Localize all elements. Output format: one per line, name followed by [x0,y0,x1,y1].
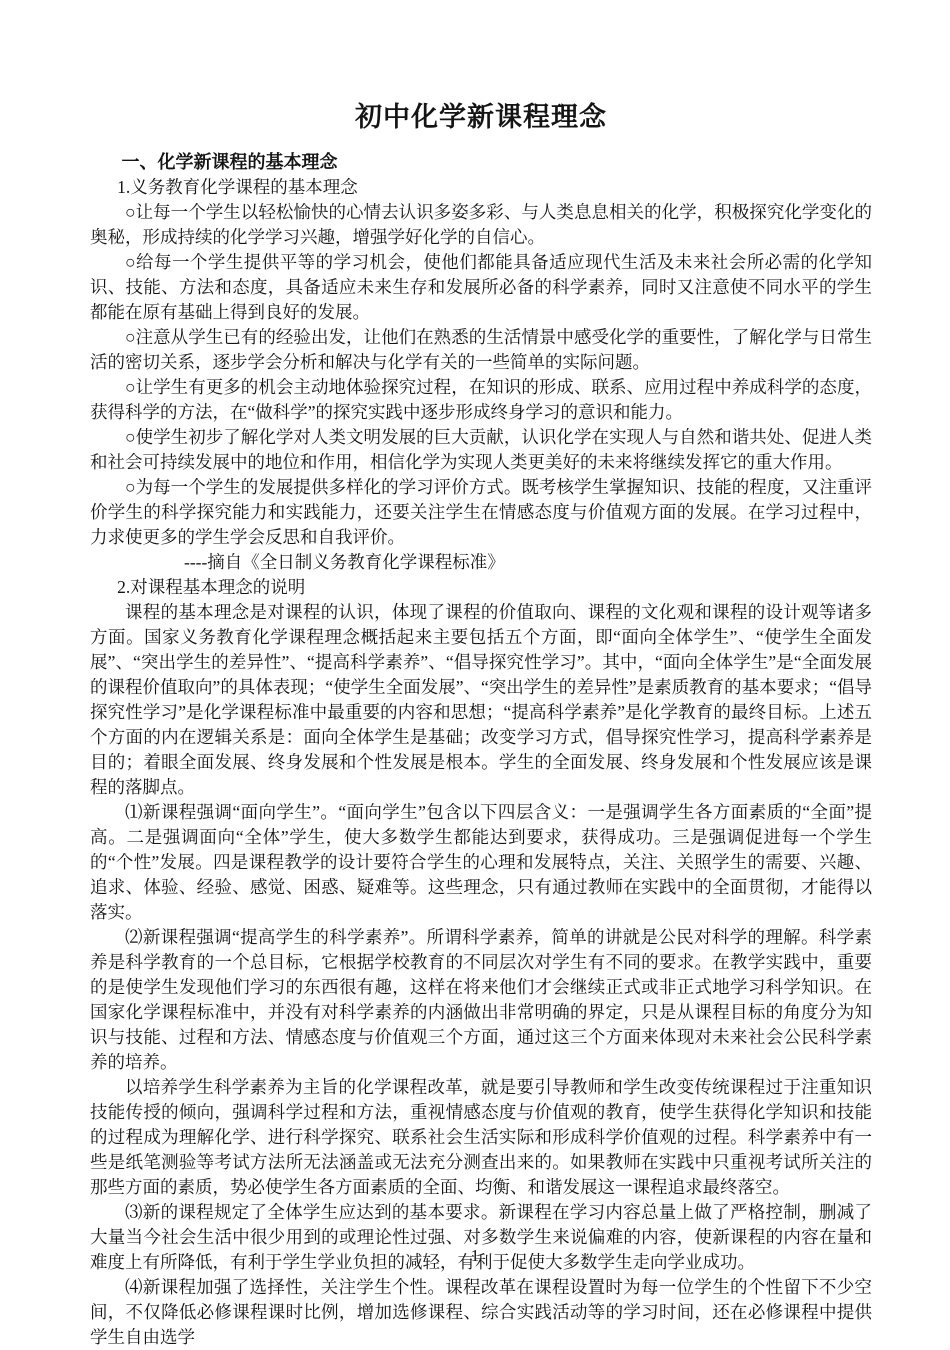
bullet-paragraph-2: ○给每一个学生提供平等的学习机会，使他们都能具备适应现代生活及未来社会所必需的化… [90,250,872,325]
body-paragraph-3: ⑵新课程强调“提高学生的科学素养”。所谓科学素养，简单的讲就是公民对科学的理解。… [90,925,872,1075]
body-paragraph-1: 课程的基本理念是对课程的认识，体现了课程的价值取向、课程的文化观和课程的设计观等… [90,600,872,800]
bullet-paragraph-5: ○使学生初步了解化学对人类文明发展的巨大贡献，认识化学在实现人与自然和谐共处、促… [90,425,872,475]
body-paragraph-4: 以培养学生科学素养为主旨的化学课程改革，就是要引导教师和学生改变传统课程过于注重… [90,1075,872,1200]
page-number: 1 [0,1243,950,1268]
section-heading: 一、化学新课程的基本理念 [90,150,872,175]
bullet-paragraph-1: ○让每一个学生以轻松愉快的心情去认识多姿多彩、与人类息息相关的化学，积极探究化学… [90,200,872,250]
bullet-paragraph-3: ○注意从学生已有的经验出发，让他们在熟悉的生活情景中感受化学的重要性，了解化学与… [90,325,872,375]
document-title: 初中化学新课程理念 [90,98,872,136]
bullet-paragraph-4: ○让学生有更多的机会主动地体验探究过程，在知识的形成、联系、应用过程中养成科学的… [90,375,872,425]
body-paragraph-6: ⑷新课程加强了选择性，关注学生个性。课程改革在课程设置时为每一位学生的个性留下不… [90,1275,872,1350]
document-page: 初中化学新课程理念 一、化学新课程的基本理念 1.义务教育化学课程的基本理念 ○… [90,98,872,1350]
body-paragraph-2: ⑴新课程强调“面向学生”。“面向学生”包含以下四层含义：一是强调学生各方面素质的… [90,800,872,925]
citation-line: ----摘自《全日制义务教育化学课程标准》 [90,550,872,575]
subsection-heading-2: 2.对课程基本理念的说明 [90,575,872,600]
subsection-heading-1: 1.义务教育化学课程的基本理念 [90,175,872,200]
bullet-paragraph-6: ○为每一个学生的发展提供多样化的学习评价方式。既考核学生掌握知识、技能的程度，又… [90,475,872,550]
